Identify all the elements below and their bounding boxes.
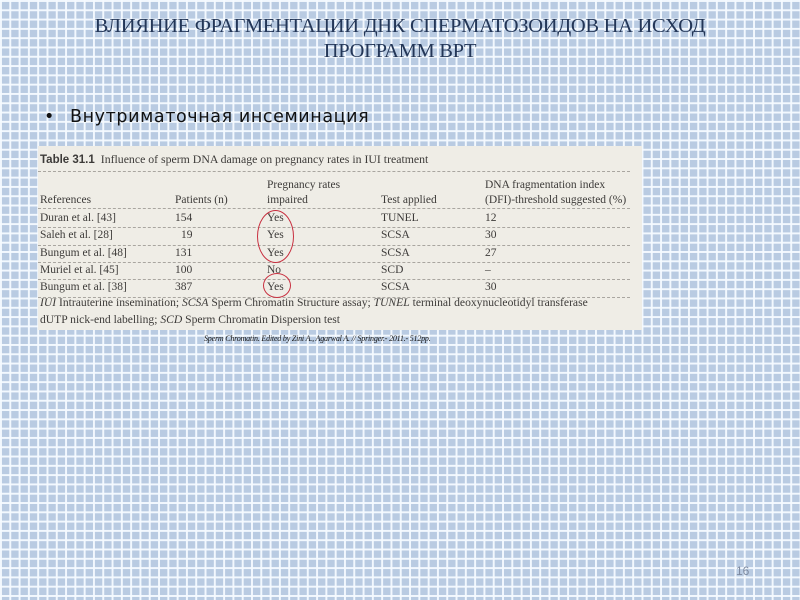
cell-test: SCSA bbox=[381, 229, 410, 242]
table-label: Table 31.1 bbox=[40, 154, 95, 166]
footnote-abbr: IUI bbox=[40, 296, 56, 309]
caption-rule bbox=[38, 171, 630, 172]
cell-dfi: 30 bbox=[485, 281, 497, 294]
cell-test: SCD bbox=[381, 264, 403, 277]
cell-reference: Bungum et al. [38] bbox=[40, 281, 127, 294]
row-rule bbox=[38, 227, 630, 228]
cell-dfi: 12 bbox=[485, 212, 497, 225]
cell-test: TUNEL bbox=[381, 212, 419, 225]
cell-dfi: 30 bbox=[485, 229, 497, 242]
cell-dfi: – bbox=[485, 264, 491, 277]
footnote-abbr: SCSA bbox=[182, 296, 208, 309]
cell-test: SCSA bbox=[381, 281, 410, 294]
cell-dfi: 27 bbox=[485, 247, 497, 260]
cell-patients: 100 bbox=[175, 264, 192, 277]
col-header-patients: Patients (n) bbox=[175, 194, 228, 207]
footnote-abbr: TUNEL bbox=[374, 296, 410, 309]
header-rule bbox=[38, 208, 630, 209]
cell-patients: 154 bbox=[175, 212, 192, 225]
cell-reference: Duran et al. [43] bbox=[40, 212, 116, 225]
col-header-dfi-line2: (DFI)-threshold suggested (%) bbox=[485, 194, 626, 207]
table-caption: Table 31.1Influence of sperm DNA damage … bbox=[40, 152, 428, 167]
row-rule bbox=[38, 279, 630, 280]
slide-title: ВЛИЯНИЕ ФРАГМЕНТАЦИИ ДНК СПЕРМАТОЗОИДОВ … bbox=[80, 14, 720, 64]
col-header-test: Test applied bbox=[381, 194, 437, 207]
table-caption-text: Influence of sperm DNA damage on pregnan… bbox=[101, 152, 429, 166]
source-citation: Sperm Chromatin. Edited by Zini A., Agar… bbox=[204, 334, 431, 343]
page-number: 16 bbox=[736, 564, 749, 578]
footnote-abbr: SCD bbox=[160, 313, 182, 326]
col-header-impaired-line2: impaired bbox=[267, 194, 308, 207]
footnote-text: Sperm Chromatin Structure assay; bbox=[208, 296, 373, 309]
cell-patients: 19 bbox=[181, 229, 193, 242]
row-rule bbox=[38, 245, 630, 246]
slide: ВЛИЯНИЕ ФРАГМЕНТАЦИИ ДНК СПЕРМАТОЗОИДОВ … bbox=[0, 0, 800, 600]
highlight-ellipse-row-5 bbox=[263, 273, 291, 298]
col-header-dfi-line1: DNA fragmentation index bbox=[485, 179, 605, 192]
row-rule bbox=[38, 262, 630, 263]
footnote-text: Intrauterine insemination; bbox=[56, 296, 182, 309]
footnote-text: terminal deoxynucleotidyl transferase bbox=[410, 296, 588, 309]
bullet-text: Внутриматочная инсеминация bbox=[70, 107, 369, 127]
cell-reference: Muriel et al. [45] bbox=[40, 264, 119, 277]
footnote-text: Sperm Chromatin Dispersion test bbox=[182, 313, 340, 326]
col-header-impaired-line1: Pregnancy rates bbox=[267, 179, 340, 192]
cell-reference: Bungum et al. [48] bbox=[40, 247, 127, 260]
bullet-item: •Внутриматочная инсеминация bbox=[44, 107, 369, 127]
cell-patients: 131 bbox=[175, 247, 192, 260]
table-image: Table 31.1Influence of sperm DNA damage … bbox=[38, 146, 642, 330]
cell-reference: Saleh et al. [28] bbox=[40, 229, 113, 242]
col-header-references: References bbox=[40, 194, 91, 207]
cell-test: SCSA bbox=[381, 247, 410, 260]
cell-patients: 387 bbox=[175, 281, 192, 294]
highlight-ellipse-rows-1-3 bbox=[257, 210, 294, 263]
table-footnote: IUI Intrauterine insemination; SCSA Sper… bbox=[40, 294, 588, 328]
bullet-marker: • bbox=[44, 107, 70, 127]
footnote-text: dUTP nick-end labelling; bbox=[40, 313, 160, 326]
